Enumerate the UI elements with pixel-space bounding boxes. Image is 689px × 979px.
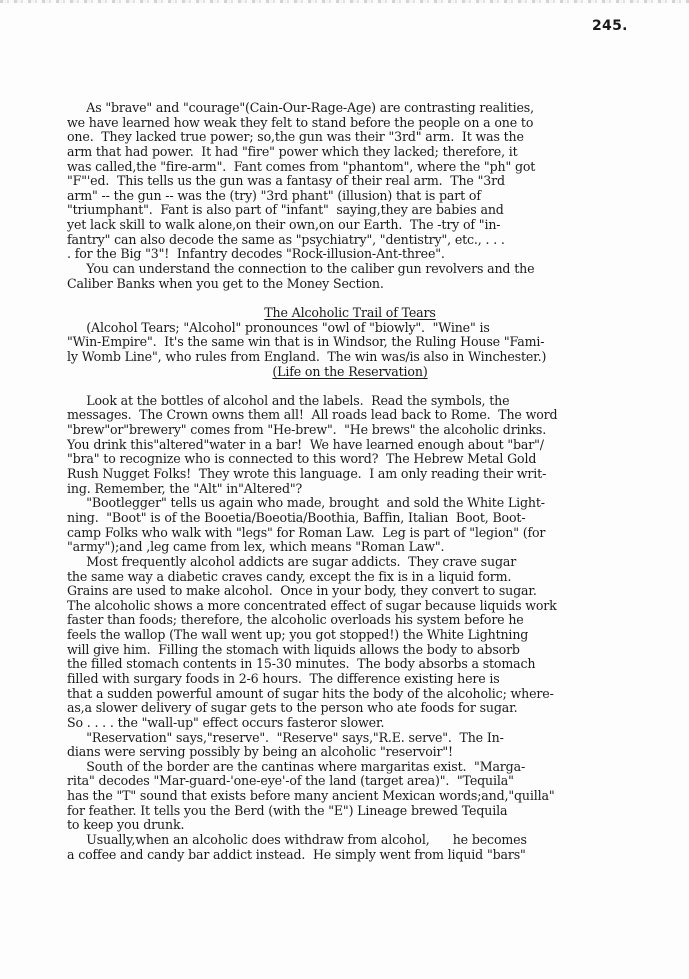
- text-line: ing. Remember, the "Alt" in"Altered"?: [67, 482, 633, 497]
- text-line: feels the wallop (The wall went up; you …: [67, 628, 633, 643]
- section-heading: The Alcoholic Trail of Tears: [67, 306, 633, 321]
- text-line: rita" decodes "Mar-guard-'one-eye'-of th…: [67, 774, 633, 789]
- text-line: Rush Nugget Folks! They wrote this langu…: [67, 467, 633, 482]
- section-heading: (Life on the Reservation): [67, 365, 633, 380]
- text-line: Most frequently alcohol addicts are suga…: [67, 555, 633, 570]
- text-line: to keep you drunk.: [67, 818, 633, 833]
- text-line: a coffee and candy bar addict instead. H…: [67, 848, 633, 863]
- text-line: "Bootlegger" tells us again who made, br…: [67, 496, 633, 511]
- text-line: Grains are used to make alcohol. Once in…: [67, 584, 633, 599]
- text-line: that a sudden powerful amount of sugar h…: [67, 687, 633, 702]
- text-line: You drink this"altered"water in a bar! W…: [67, 438, 633, 453]
- text-line: The alcoholic shows a more concentrated …: [67, 599, 633, 614]
- text-line: Caliber Banks when you get to the Money …: [67, 277, 633, 292]
- text-line: You can understand the connection to the…: [67, 262, 633, 277]
- text-line: "bra" to recognize who is connected to t…: [67, 452, 633, 467]
- text-line: will give him. Filling the stomach with …: [67, 643, 633, 658]
- text-line: ning. "Boot" is of the Booetia/Boeotia/B…: [67, 511, 633, 526]
- text-line: ly Womb Line", who rules from England. T…: [67, 350, 633, 365]
- text-line: "F"'ed. This tells us the gun was a fant…: [67, 174, 633, 189]
- page-number: 245.: [592, 18, 628, 34]
- text-line: the same way a diabetic craves candy, ex…: [67, 570, 633, 585]
- text-line: for feather. It tells you the Berd (with…: [67, 804, 633, 819]
- text-line: South of the border are the cantinas whe…: [67, 760, 633, 775]
- text-line: Look at the bottles of alcohol and the l…: [67, 394, 633, 409]
- text-line: the filled stomach contents in 15-30 min…: [67, 657, 633, 672]
- text-line: was called,the "fire-arm". Fant comes fr…: [67, 160, 633, 175]
- text-line: . for the Big "3"! Infantry decodes "Roc…: [67, 247, 633, 262]
- text-line: So . . . . the "wall-up" effect occurs f…: [67, 716, 633, 731]
- text-line: yet lack skill to walk alone,on their ow…: [67, 218, 633, 233]
- document-body: As "brave" and "courage"(Cain-Our-Rage-A…: [67, 101, 633, 862]
- blank-line: [67, 291, 633, 306]
- text-line: fantry" can also decode the same as "psy…: [67, 233, 633, 248]
- text-line: As "brave" and "courage"(Cain-Our-Rage-A…: [67, 101, 633, 116]
- text-line: dians were serving possibly by being an …: [67, 745, 633, 760]
- text-line: camp Folks who walk with "legs" for Roma…: [67, 526, 633, 541]
- text-line: messages. The Crown owns them all! All r…: [67, 408, 633, 423]
- text-line: "Reservation" says,"reserve". "Reserve" …: [67, 731, 633, 746]
- text-line: (Alcohol Tears; "Alcohol" pronounces "ow…: [67, 321, 633, 336]
- blank-line: [67, 379, 633, 394]
- text-line: "brew"or"brewery" comes from "He-brew". …: [67, 423, 633, 438]
- text-line: filled with surgary foods in 2-6 hours. …: [67, 672, 633, 687]
- text-line: "Win-Empire". It's the same win that is …: [67, 335, 633, 350]
- text-line: one. They lacked true power; so,the gun …: [67, 130, 633, 145]
- text-line: arm that had power. It had "fire" power …: [67, 145, 633, 160]
- text-line: "triumphant". Fant is also part of "infa…: [67, 203, 633, 218]
- scan-edge-noise: [0, 0, 689, 3]
- text-line: Usually,when an alcoholic does withdraw …: [67, 833, 633, 848]
- text-line: "army");and ,leg came from lex, which me…: [67, 540, 633, 555]
- text-line: we have learned how weak they felt to st…: [67, 116, 633, 131]
- text-line: faster than foods; therefore, the alcoho…: [67, 613, 633, 628]
- text-line: arm" -- the gun -- was the (try) "3rd ph…: [67, 189, 633, 204]
- text-line: as,a slower delivery of sugar gets to th…: [67, 701, 633, 716]
- text-line: has the "T" sound that exists before man…: [67, 789, 633, 804]
